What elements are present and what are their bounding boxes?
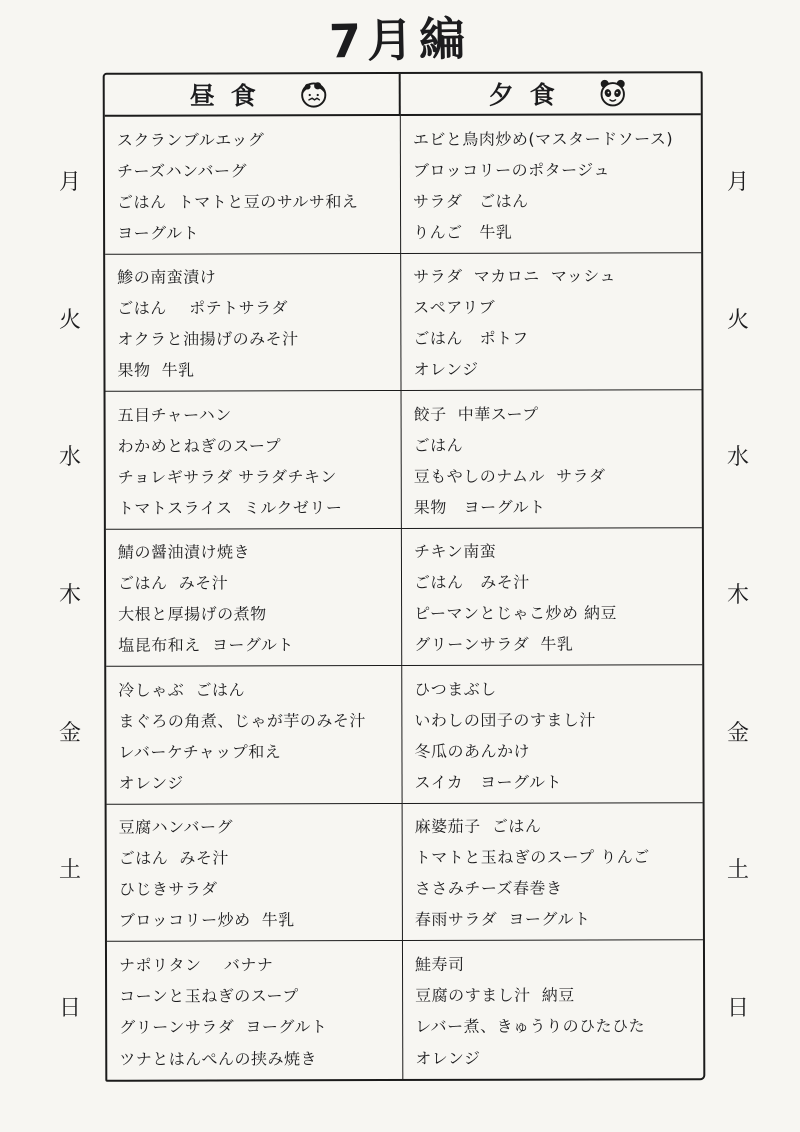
menu-item: サラダ ごはん <box>413 191 695 212</box>
day-label-tue: 火 <box>50 250 90 388</box>
menu-item: わかめとねぎのスープ <box>118 436 395 457</box>
day-labels-left: 月 火 水 木 金 土 日 <box>50 112 90 1075</box>
panda-face-icon <box>597 77 629 109</box>
day-label-sun: 日 <box>50 937 90 1075</box>
menu-item: 豆腐のすまし汁 納豆 <box>415 985 697 1006</box>
menu-item: まぐろの角煮、じゃが芋のみそ汁 <box>118 711 395 732</box>
menu-item: トマトスライス ミルクゼリー <box>118 498 395 519</box>
dinner-cell-sun: 鮭寿司 豆腐のすまし汁 納豆 レバー煮、きゅうりのひたひた オレンジ <box>403 940 703 1078</box>
dog-face-icon <box>298 78 330 110</box>
dinner-cell-tue: サラダ マカロニ マッシュ スペアリブ ごはん ポトフ オレンジ <box>401 253 701 391</box>
day-label-fri: 金 <box>50 662 90 800</box>
menu-item: 豆腐ハンバーグ <box>119 817 396 838</box>
menu-item: 冷しゃぶ ごはん <box>118 680 395 701</box>
menu-item: チョレギサラダ サラダチキン <box>118 467 395 488</box>
lunch-cell-sat: 豆腐ハンバーグ ごはん みそ汁 ひじきサラダ ブロッコリー炒め 牛乳 <box>107 804 403 942</box>
menu-item: ごはん みそ汁 <box>414 572 696 593</box>
day-label-fri: 金 <box>718 662 758 800</box>
menu-item: 鯵の南蛮漬け <box>117 267 394 288</box>
day-label-sat: 土 <box>718 800 758 938</box>
menu-item: グリーンサラダ 牛乳 <box>414 635 696 656</box>
menu-item: スクランブルエッグ <box>117 130 394 151</box>
menu-item: 五目チャーハン <box>118 405 395 426</box>
menu-item: ヨーグルト <box>117 223 394 244</box>
menu-item: オレンジ <box>119 773 396 794</box>
dinner-cell-sat: 麻婆茄子 ごはん トマトと玉ねぎのスープ りんご ささみチーズ春巻き 春雨サラダ… <box>403 803 703 941</box>
menu-item: トマトと玉ねぎのスープ りんご <box>415 847 697 868</box>
menu-item: 果物 牛乳 <box>117 360 394 381</box>
menu-item: 鮭寿司 <box>415 954 697 975</box>
menu-item: コーンと玉ねぎのスープ <box>119 986 396 1007</box>
day-label-thu: 木 <box>718 525 758 663</box>
menu-item: オレンジ <box>413 360 695 381</box>
day-label-mon: 月 <box>50 112 90 250</box>
lunch-cell-wed: 五目チャーハン わかめとねぎのスープ チョレギサラダ サラダチキン トマトスライ… <box>106 391 402 529</box>
menu-item: ごはん <box>414 435 696 456</box>
day-label-tue: 火 <box>718 250 758 388</box>
day-label-mon: 月 <box>718 112 758 250</box>
dinner-header: 夕食 <box>401 73 701 116</box>
dinner-cell-wed: 餃子 中華スープ ごはん 豆もやしのナムル サラダ 果物 ヨーグルト <box>402 390 702 528</box>
menu-item: ブロッコリーのポタージュ <box>413 160 695 181</box>
menu-item: ささみチーズ春巻き <box>415 879 697 900</box>
lunch-cell-fri: 冷しゃぶ ごはん まぐろの角煮、じゃが芋のみそ汁 レバーケチャップ和え オレンジ <box>106 666 402 804</box>
dinner-cell-fri: ひつまぶし いわしの団子のすまし汁 冬瓜のあんかけ スイカ ヨーグルト <box>402 665 702 803</box>
menu-item: スイカ ヨーグルト <box>415 772 697 793</box>
menu-page: 7月編 月 火 水 木 金 土 日 月 火 水 木 金 土 日 昼食 <box>0 0 800 1132</box>
menu-item: レバーケチャップ和え <box>118 742 395 763</box>
menu-item: 冬瓜のあんかけ <box>414 741 696 762</box>
menu-item: りんご 牛乳 <box>413 222 695 243</box>
menu-item: 春雨サラダ ヨーグルト <box>415 910 697 931</box>
menu-item: スペアリブ <box>413 297 695 318</box>
menu-item: ごはん トマトと豆のサルサ和え <box>117 192 394 213</box>
day-label-wed: 水 <box>50 387 90 525</box>
menu-item: グリーンサラダ ヨーグルト <box>119 1017 396 1038</box>
menu-item: オクラと油揚げのみそ汁 <box>117 329 394 350</box>
menu-item: ごはん みそ汁 <box>119 848 396 869</box>
day-label-thu: 木 <box>50 525 90 663</box>
menu-item: いわしの団子のすまし汁 <box>414 710 696 731</box>
menu-item: ごはん みそ汁 <box>118 573 395 594</box>
day-label-wed: 水 <box>718 387 758 525</box>
menu-item: 鯖の醤油漬け焼き <box>118 542 395 563</box>
day-labels-right: 月 火 水 木 金 土 日 <box>718 112 758 1075</box>
dinner-cell-thu: チキン南蛮 ごはん みそ汁 ピーマンとじゃこ炒め 納豆 グリーンサラダ 牛乳 <box>402 528 702 666</box>
menu-item: 果物 ヨーグルト <box>414 497 696 518</box>
lunch-cell-mon: スクランブルエッグ チーズハンバーグ ごはん トマトと豆のサルサ和え ヨーグルト <box>105 116 401 254</box>
menu-item: ツナとはんぺんの挟み焼き <box>119 1049 396 1070</box>
menu-item: ブロッコリー炒め 牛乳 <box>119 910 396 931</box>
menu-item: オレンジ <box>415 1048 697 1069</box>
weekly-menu-table: 昼食 夕食 <box>103 71 706 1081</box>
menu-item: 麻婆茄子 ごはん <box>415 816 697 837</box>
menu-item: ごはん ポトフ <box>413 329 695 350</box>
menu-item: エビと鳥肉炒め(マスタードソース) <box>413 129 695 150</box>
lunch-cell-tue: 鯵の南蛮漬け ごはん ポテトサラダ オクラと油揚げのみそ汁 果物 牛乳 <box>105 254 401 392</box>
menu-item: 餃子 中華スープ <box>414 404 696 425</box>
menu-item: ひじきサラダ <box>119 879 396 900</box>
menu-item: ごはん ポテトサラダ <box>117 298 394 319</box>
lunch-cell-thu: 鯖の醤油漬け焼き ごはん みそ汁 大根と厚揚げの煮物 塩昆布和え ヨーグルト <box>106 529 402 667</box>
menu-item: サラダ マカロニ マッシュ <box>413 266 695 287</box>
dinner-header-label: 夕食 <box>489 76 571 112</box>
menu-item: ナポリタン バナナ <box>119 955 396 976</box>
day-label-sat: 土 <box>50 800 90 938</box>
lunch-cell-sun: ナポリタン バナナ コーンと玉ねぎのスープ グリーンサラダ ヨーグルト ツナとは… <box>107 941 403 1079</box>
menu-item: 塩昆布和え ヨーグルト <box>118 635 395 656</box>
menu-item: チーズハンバーグ <box>117 161 394 182</box>
lunch-header-label: 昼食 <box>190 76 272 112</box>
menu-item: チキン南蛮 <box>414 541 696 562</box>
page-title: 7月編 <box>0 0 800 78</box>
menu-item: ひつまぶし <box>414 679 696 700</box>
menu-item: 豆もやしのナムル サラダ <box>414 466 696 487</box>
menu-item: 大根と厚揚げの煮物 <box>118 604 395 625</box>
lunch-header: 昼食 <box>105 74 401 117</box>
dinner-cell-mon: エビと鳥肉炒め(マスタードソース) ブロッコリーのポタージュ サラダ ごはん り… <box>401 115 701 253</box>
day-label-sun: 日 <box>718 937 758 1075</box>
menu-item: レバー煮、きゅうりのひたひた <box>415 1017 697 1038</box>
menu-item: ピーマンとじゃこ炒め 納豆 <box>414 604 696 625</box>
